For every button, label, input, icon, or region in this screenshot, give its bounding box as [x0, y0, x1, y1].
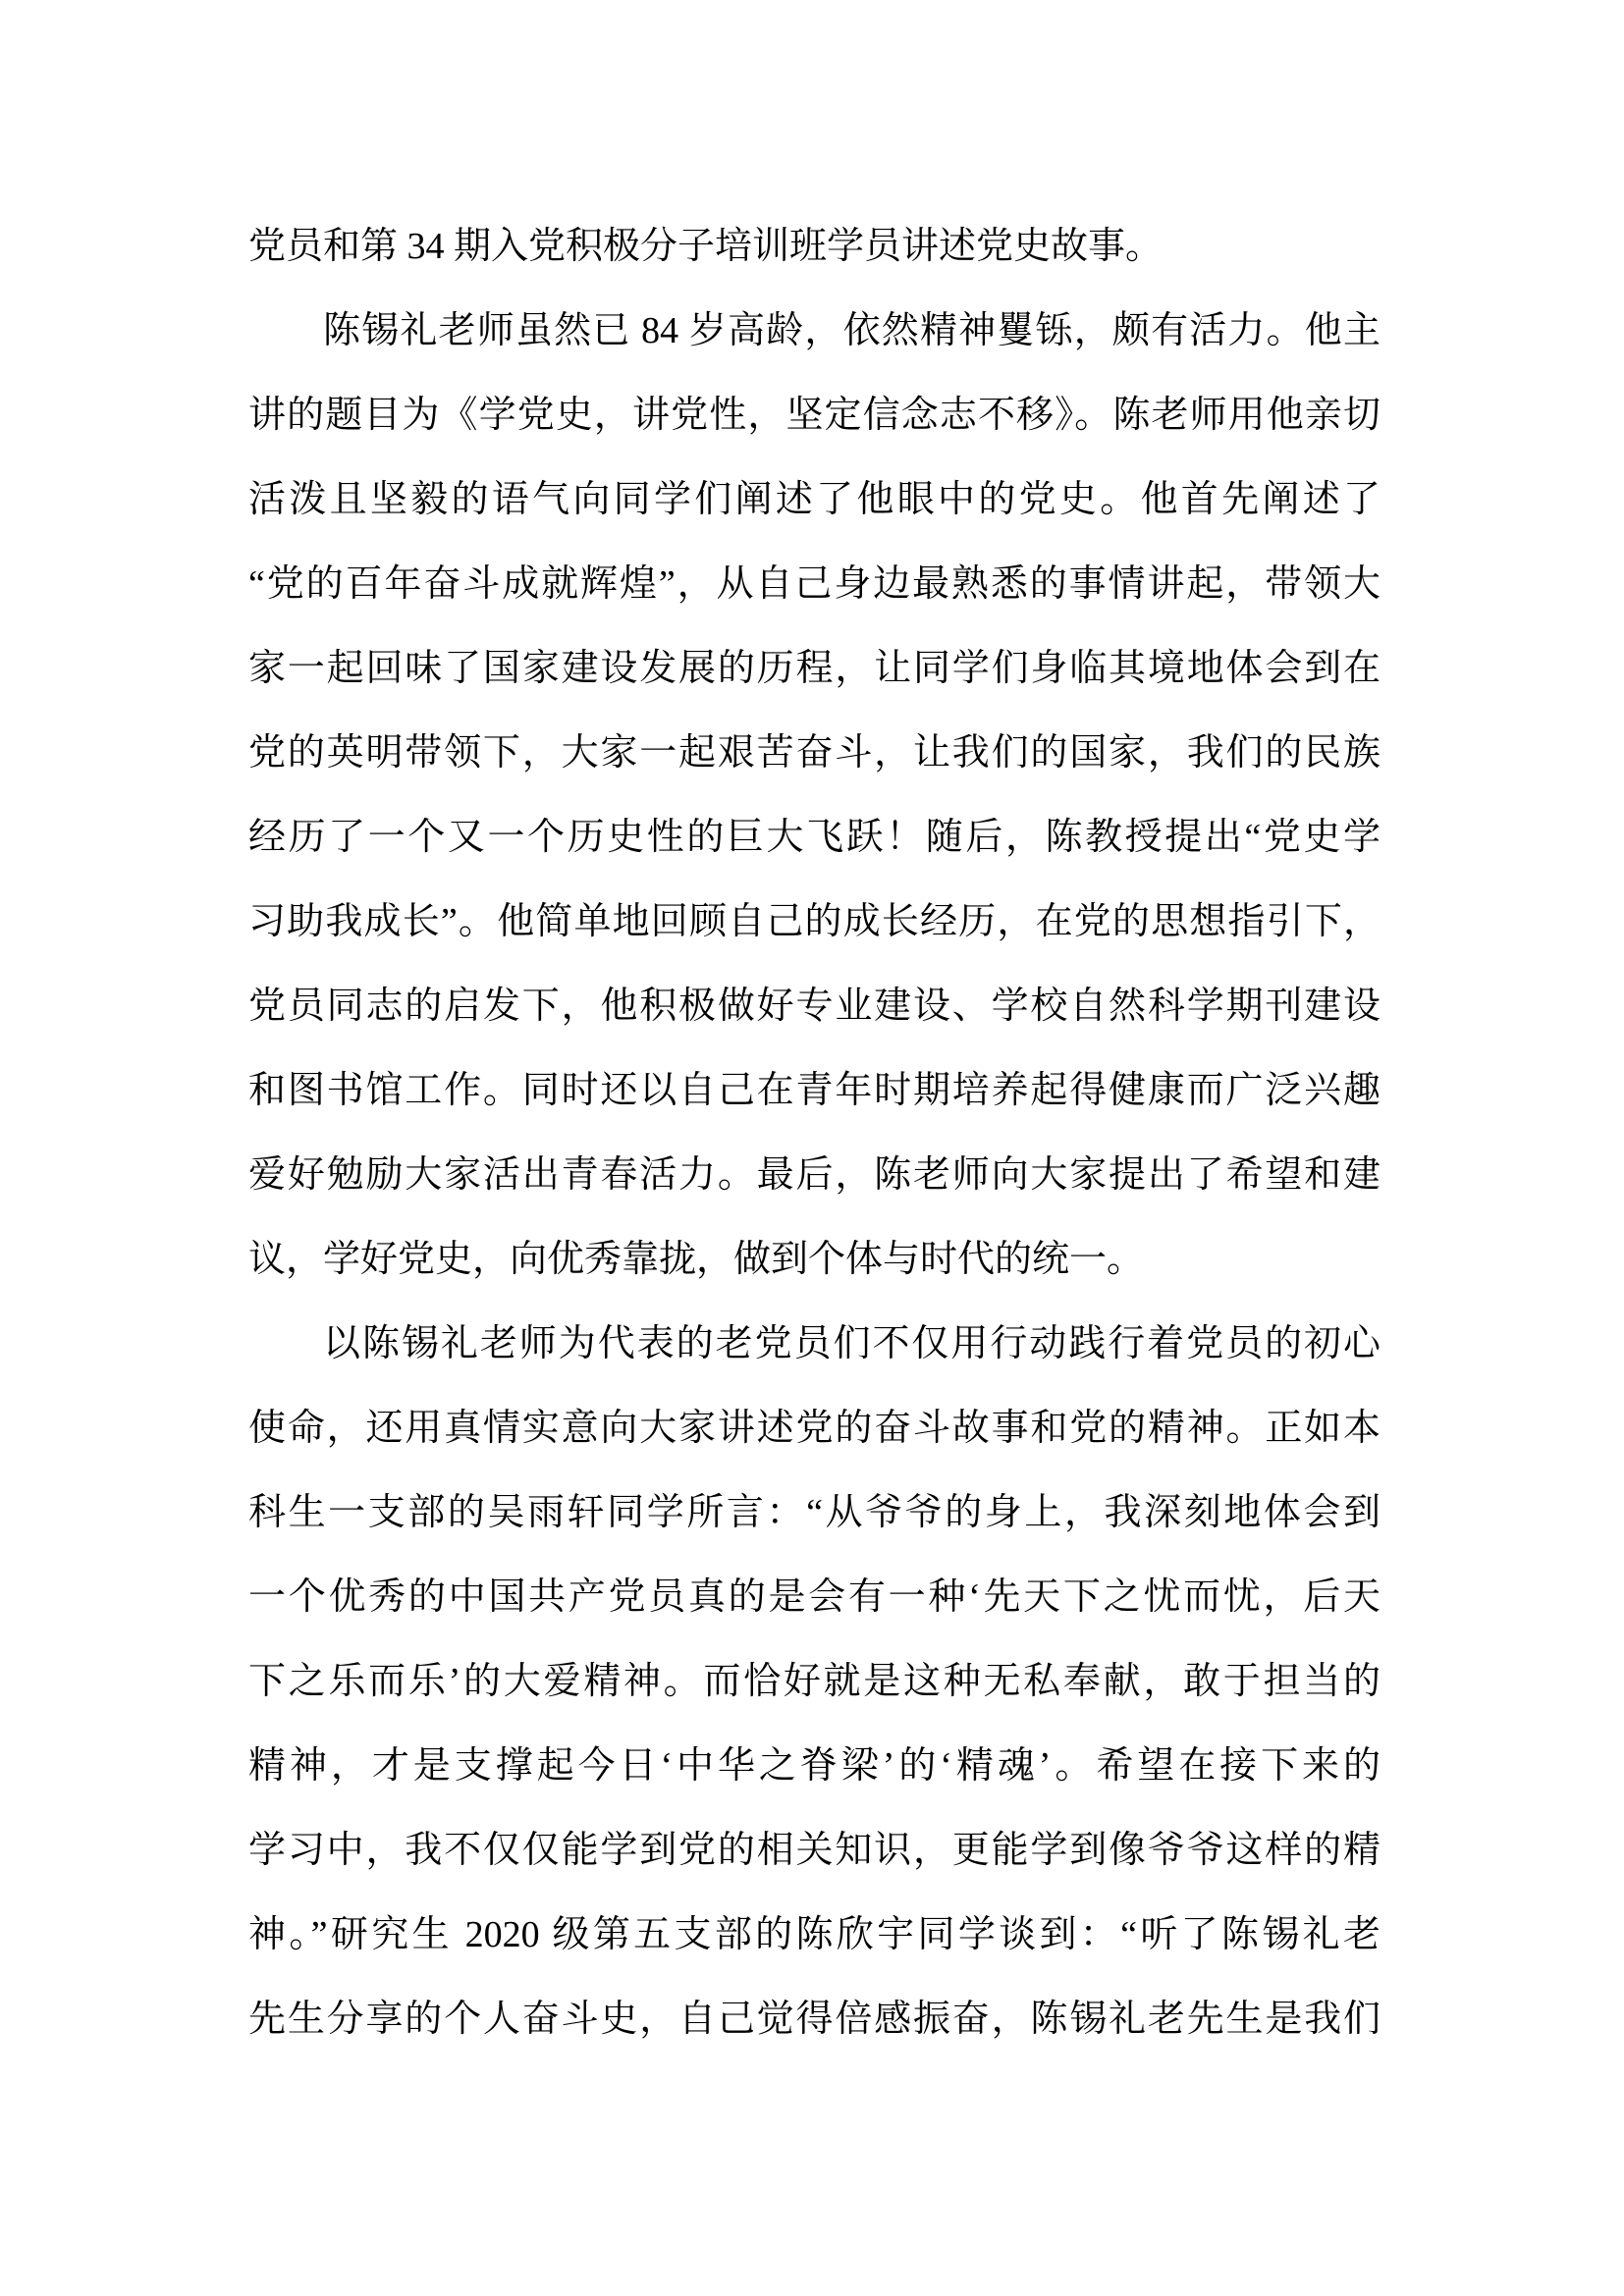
- text-block: 党员和第 34 期入党积极分子培训班学员讲述党史故事。陈锡礼老师虽然已 84 岁…: [248, 204, 1380, 2061]
- text-line: 精神，才是支撑起今日‘中华之脊梁’的‘精魂’。希望在接下来的: [248, 1724, 1380, 1808]
- text-line: 下之乐而乐’的大爱精神。而恰好就是这种无私奉献，敢于担当的: [248, 1639, 1380, 1724]
- text-line: 议，学好党史，向优秀靠拢，做到个体与时代的统一。: [248, 1217, 1380, 1302]
- document-page: 党员和第 34 期入党积极分子培训班学员讲述党史故事。陈锡礼老师虽然已 84 岁…: [0, 0, 1624, 2296]
- text-line: 神。”研究生 2020 级第五支部的陈欣宇同学谈到：“听了陈锡礼老: [248, 1893, 1380, 1977]
- text-line: 以陈锡礼老师为代表的老党员们不仅用行动践行着党员的初心: [248, 1302, 1380, 1386]
- text-line: “党的百年奋斗成就辉煌”，从自己身边最熟悉的事情讲起，带领大: [248, 542, 1380, 626]
- text-line: 一个优秀的中国共产党员真的是会有一种‘先天下之忧而忧，后天: [248, 1555, 1380, 1639]
- text-line: 和图书馆工作。同时还以自己在青年时期培养起得健康而广泛兴趣: [248, 1048, 1380, 1133]
- text-line: 习助我成长”。他简单地回顾自己的成长经历，在党的思想指引下，: [248, 880, 1380, 964]
- text-line: 讲的题目为《学党史，讲党性，坚定信念志不移》。陈老师用他亲切: [248, 373, 1380, 457]
- text-line: 活泼且坚毅的语气向同学们阐述了他眼中的党史。他首先阐述了: [248, 457, 1380, 542]
- text-line: 科生一支部的吴雨轩同学所言：“从爷爷的身上，我深刻地体会到: [248, 1470, 1380, 1555]
- text-line: 经历了一个又一个历史性的巨大飞跃！随后，陈教授提出“党史学: [248, 795, 1380, 880]
- text-line: 党员和第 34 期入党积极分子培训班学员讲述党史故事。: [248, 204, 1380, 289]
- text-line: 学习中，我不仅仅能学到党的相关知识，更能学到像爷爷这样的精: [248, 1808, 1380, 1893]
- text-line: 党员同志的启发下，他积极做好专业建设、学校自然科学期刊建设: [248, 964, 1380, 1048]
- text-line: 陈锡礼老师虽然已 84 岁高龄，依然精神矍铄，颇有活力。他主: [248, 289, 1380, 373]
- text-line: 爱好勉励大家活出青春活力。最后，陈老师向大家提出了希望和建: [248, 1133, 1380, 1217]
- text-line: 使命，还用真情实意向大家讲述党的奋斗故事和党的精神。正如本: [248, 1386, 1380, 1470]
- text-line: 先生分享的个人奋斗史，自己觉得倍感振奋，陈锡礼老先生是我们: [248, 1977, 1380, 2061]
- text-line: 党的英明带领下，大家一起艰苦奋斗，让我们的国家，我们的民族: [248, 711, 1380, 795]
- text-line: 家一起回味了国家建设发展的历程，让同学们身临其境地体会到在: [248, 626, 1380, 711]
